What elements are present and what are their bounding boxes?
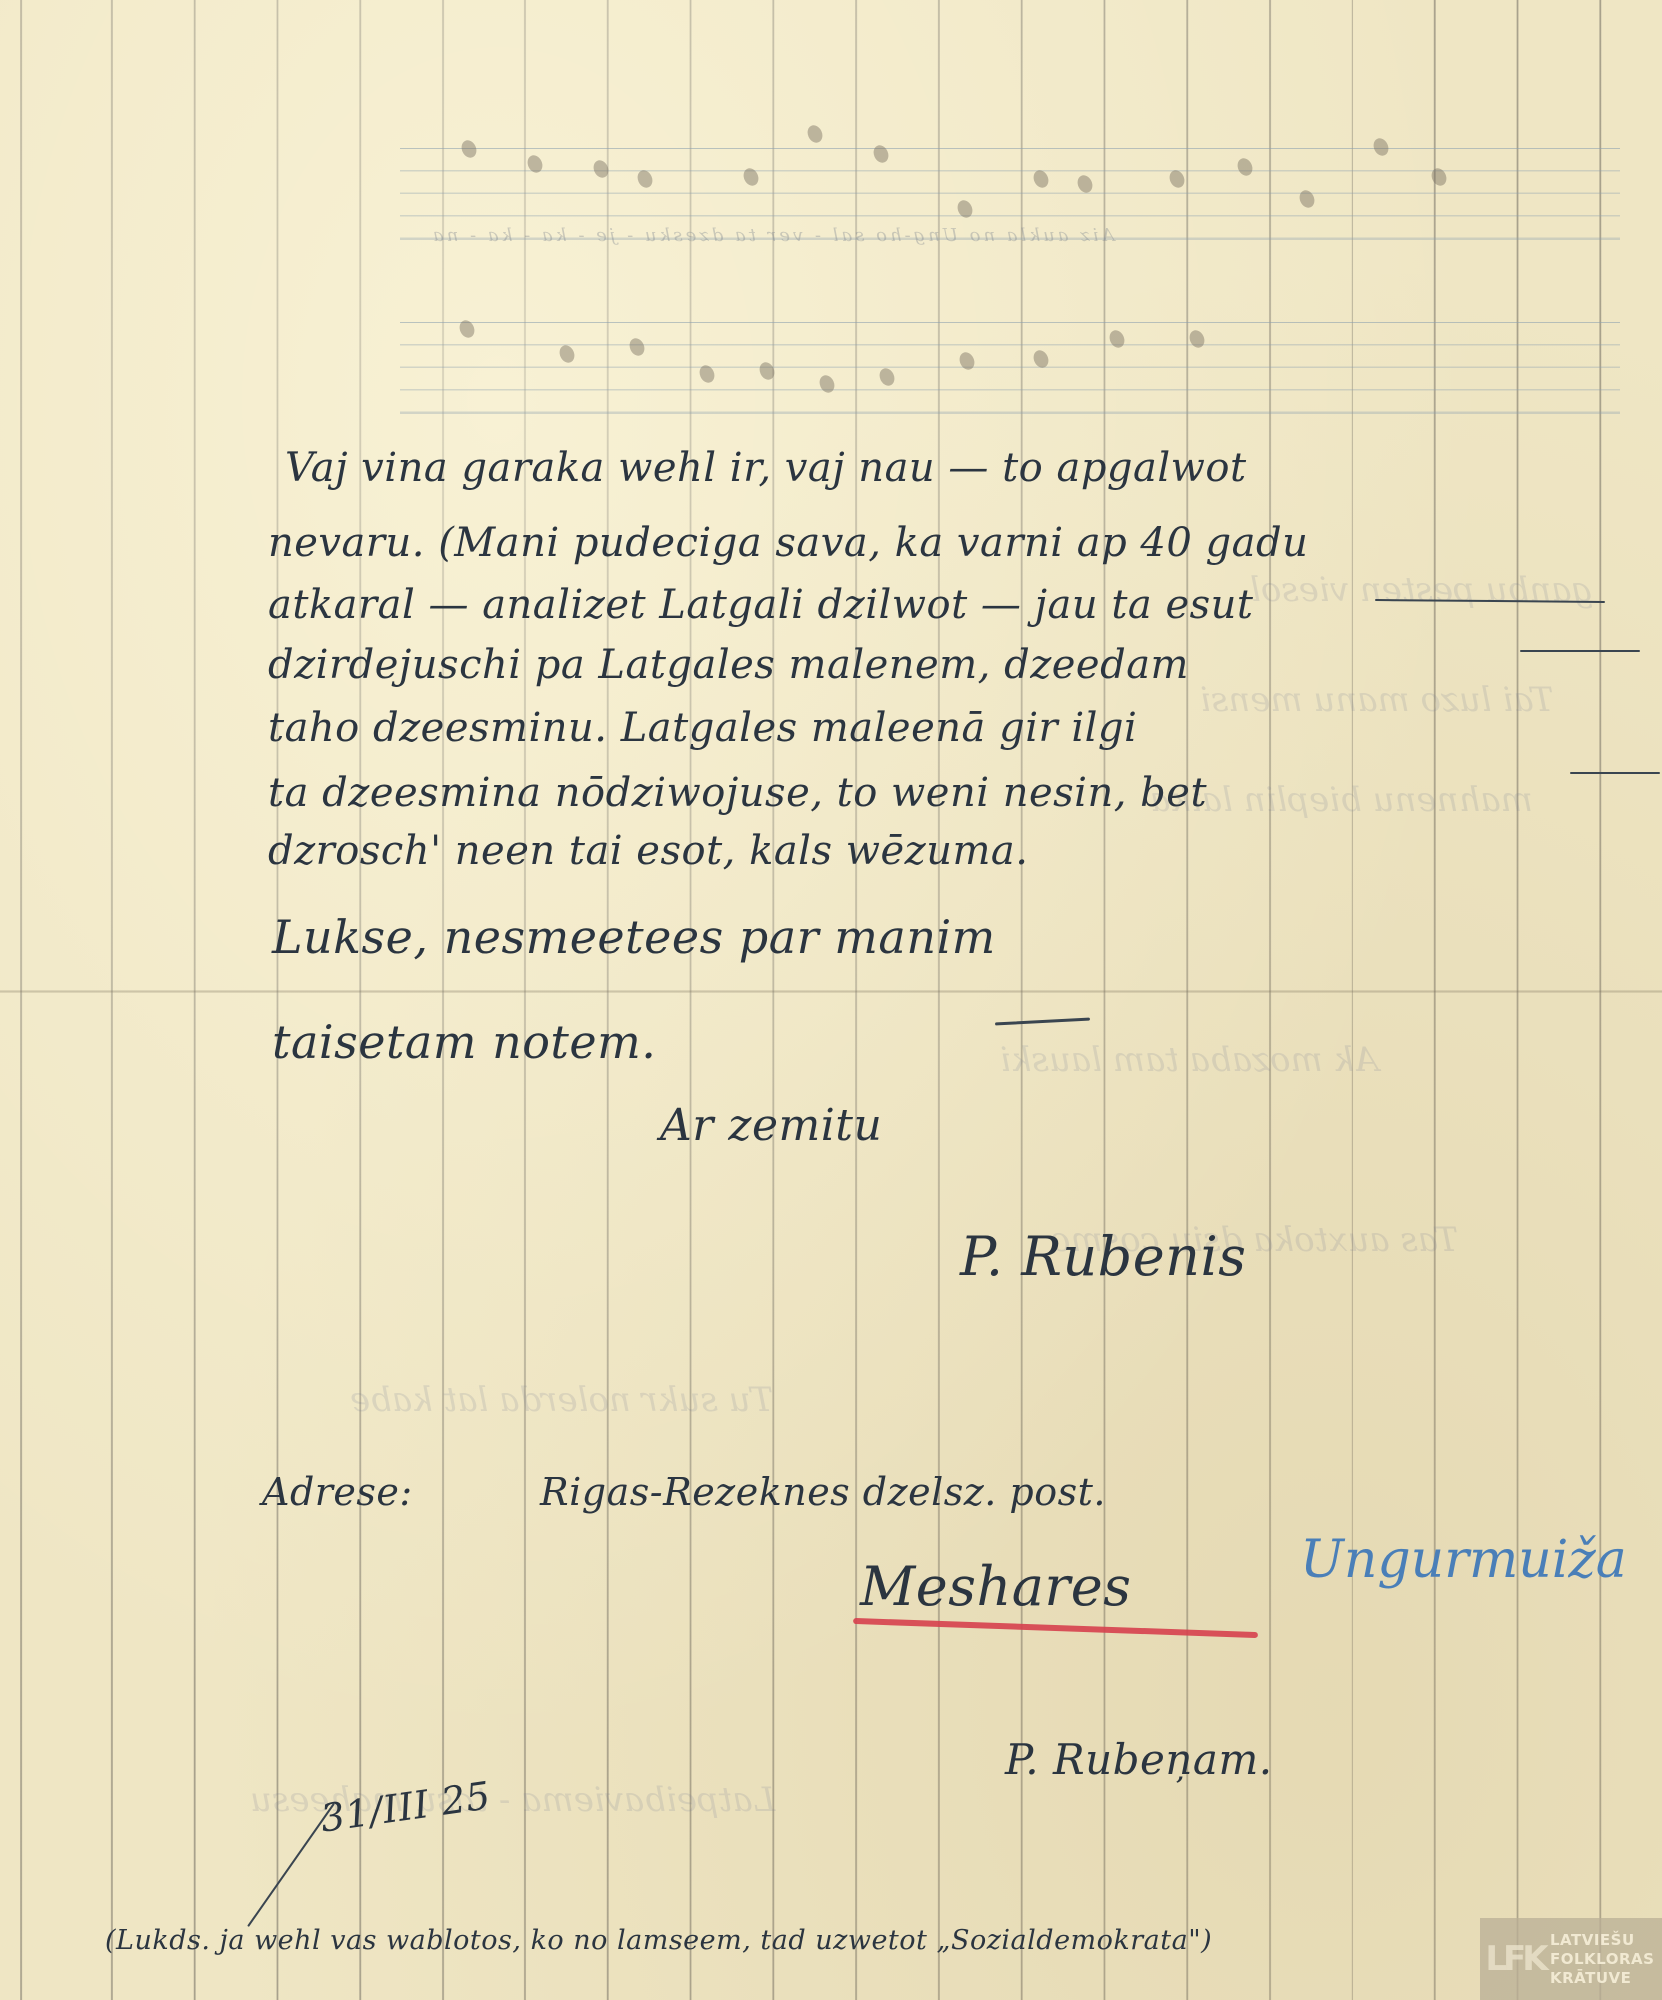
fold-crease: [0, 990, 1662, 993]
signature: P. Rubenis: [960, 1225, 1246, 1288]
lfk-logo-icon: LFK: [1480, 1918, 1550, 2000]
watermark-line-3: KRĀTUVE: [1550, 1969, 1654, 1988]
address-label: Adrese:: [262, 1470, 413, 1514]
letter-line-1: Vaj vina garaka wehl ir, vaj nau — to ap…: [285, 445, 1247, 491]
letter-line-2: nevaru. (Mani pudeciga sava, ka varni ap…: [268, 520, 1308, 566]
letter-line-4: dzirdejuschi pa Latgales malenem, dzeeda…: [268, 642, 1189, 688]
trailing-dash: [1570, 772, 1660, 774]
letter-line-5: taho dzeesminu. Latgales maleenā gir ilg…: [268, 705, 1137, 751]
address-line-3: P. Rubeņam.: [1005, 1735, 1273, 1784]
letter-line-6: ta dzeesmina nōdziwojuse, to weni nesin,…: [268, 770, 1207, 816]
footnote: (Lukds. ja wehl vas wablotos, ko no lams…: [105, 1925, 1212, 1956]
watermark-line-2: FOLKLORAS: [1550, 1950, 1654, 1969]
closing-greeting: Ar zemitu: [660, 1100, 882, 1151]
letter-line-3: atkaral — analizet Latgali dzilwot — jau…: [268, 582, 1254, 628]
letter-line-7: dzrosch' neen tai esot, kals wēzuma.: [268, 828, 1028, 874]
address-line-2: Meshares: [860, 1555, 1131, 1618]
letter-line-8: Lukse, nesmeetees par manim: [272, 910, 996, 964]
watermark-line-1: LATVIEŠU: [1550, 1931, 1654, 1950]
trailing-dash: [1520, 650, 1640, 652]
paper-background: [0, 0, 1662, 2000]
letter-line-9: taisetam notem.: [272, 1015, 656, 1069]
bleed-music-lyrics: Aiz aukla no Ung-ho sal - ver ta dzesku …: [430, 225, 1115, 246]
archive-watermark: LFK LATVIEŠU FOLKLORAS KRĀTUVE: [1480, 1918, 1662, 2000]
pencil-annotation: Ungurmuižа: [1300, 1530, 1627, 1590]
address-line-1: Rigas-Rezeknes dzelsz. post.: [540, 1470, 1106, 1514]
bleed-music-staff-2: [400, 322, 1620, 414]
